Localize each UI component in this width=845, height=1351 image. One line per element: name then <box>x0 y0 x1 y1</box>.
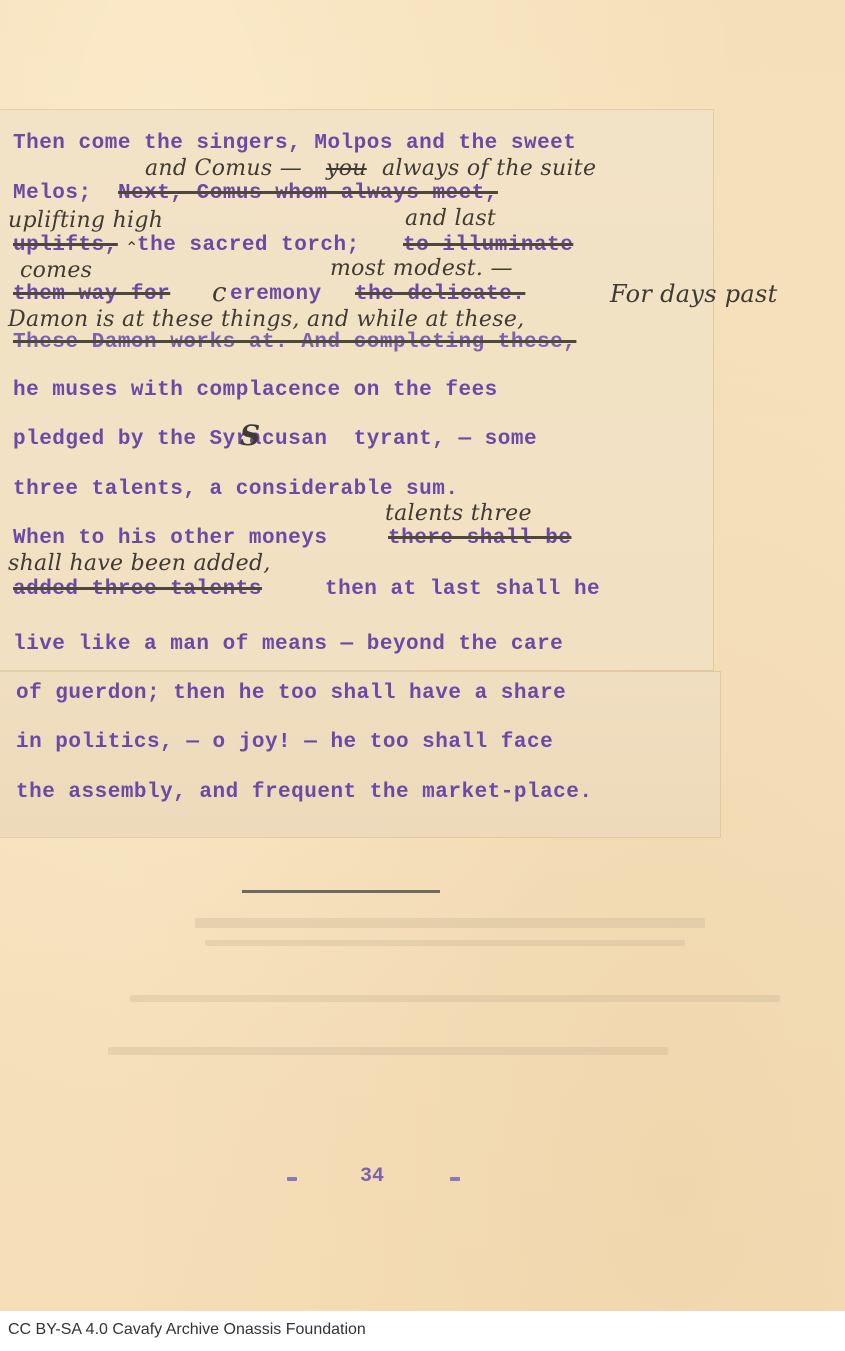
typed-line-9: When to his other moneys <box>13 528 327 549</box>
page-number-dash-left <box>287 1177 297 1181</box>
typed-struck-them-way-for: them way for <box>13 284 170 305</box>
bleed-through-ghost-line <box>108 1047 668 1055</box>
handwritten-for-days-past: For days past <box>610 282 778 306</box>
handwritten-shall-have-been-added: shall have been added, <box>8 553 271 575</box>
handwritten-insert-c: c <box>212 280 227 306</box>
typed-ceremony: eremony <box>230 284 322 305</box>
handwritten-insert-uplifting-high: uplifting high <box>8 210 163 232</box>
typed-line-2: Melos; <box>13 183 92 204</box>
typed-line-7: pledged by the Syracusan tyrant, — some <box>13 429 537 450</box>
handwritten-insert-talents-three: talents three <box>385 503 532 525</box>
typed-line-12: of guerdon; then he too shall have a sha… <box>16 683 566 704</box>
handwritten-correction-s: S <box>240 422 261 450</box>
manuscript-page: Then come the singers, Molpos and the sw… <box>0 0 845 1311</box>
typed-struck-to-illuminate: to illuminate <box>403 235 573 256</box>
page-number-dash-right <box>450 1177 460 1181</box>
typed-struck-line-2: Next, Comus whom always meet, <box>118 183 498 204</box>
section-divider-rule <box>242 890 440 893</box>
handwritten-insert-most-modest: most modest. — <box>330 258 513 280</box>
typed-line-3: the sacred torch; <box>137 235 360 256</box>
typed-struck-there-shall-be: there shall be <box>388 528 571 549</box>
handwritten-insert-comes: comes <box>20 260 92 282</box>
typed-line-8: three talents, a considerable sum. <box>13 479 458 500</box>
handwritten-struck-you: you <box>326 158 367 180</box>
typed-line-10: then at last shall he <box>325 579 600 600</box>
bleed-through-ghost-line <box>130 995 780 1002</box>
typed-struck-uplifts: uplifts, <box>13 235 118 256</box>
bleed-through-ghost-line <box>205 940 685 946</box>
handwritten-damon-is-at-these-things: Damon is at these things, and while at t… <box>8 309 524 331</box>
handwritten-insert-and-last: and last <box>405 208 496 230</box>
typed-struck-added-three-talents: added three talents <box>13 579 262 600</box>
typed-line-6: he muses with complacence on the fees <box>13 380 498 401</box>
typed-line-11: live like a man of means — beyond the ca… <box>13 634 563 655</box>
typed-line-14: the assembly, and frequent the market-pl… <box>16 782 593 803</box>
typed-struck-these-damon-works-at: These Damon works at. And completing the… <box>13 332 576 353</box>
typed-line-1: Then come the singers, Molpos and the sw… <box>13 133 576 154</box>
handwritten-insert-and-comus: and Comus — <box>145 158 302 180</box>
typed-struck-the-delicate: the delicate. <box>355 284 525 305</box>
license-caption: CC BY-SA 4.0 Cavafy Archive Onassis Foun… <box>8 1321 366 1339</box>
handwritten-insert-always-of-the-suite: always of the suite <box>382 158 596 180</box>
page-number: 34 <box>360 1165 384 1188</box>
bleed-through-ghost-line <box>195 918 705 928</box>
typed-line-13: in politics, — o joy! — he too shall fac… <box>16 732 553 753</box>
